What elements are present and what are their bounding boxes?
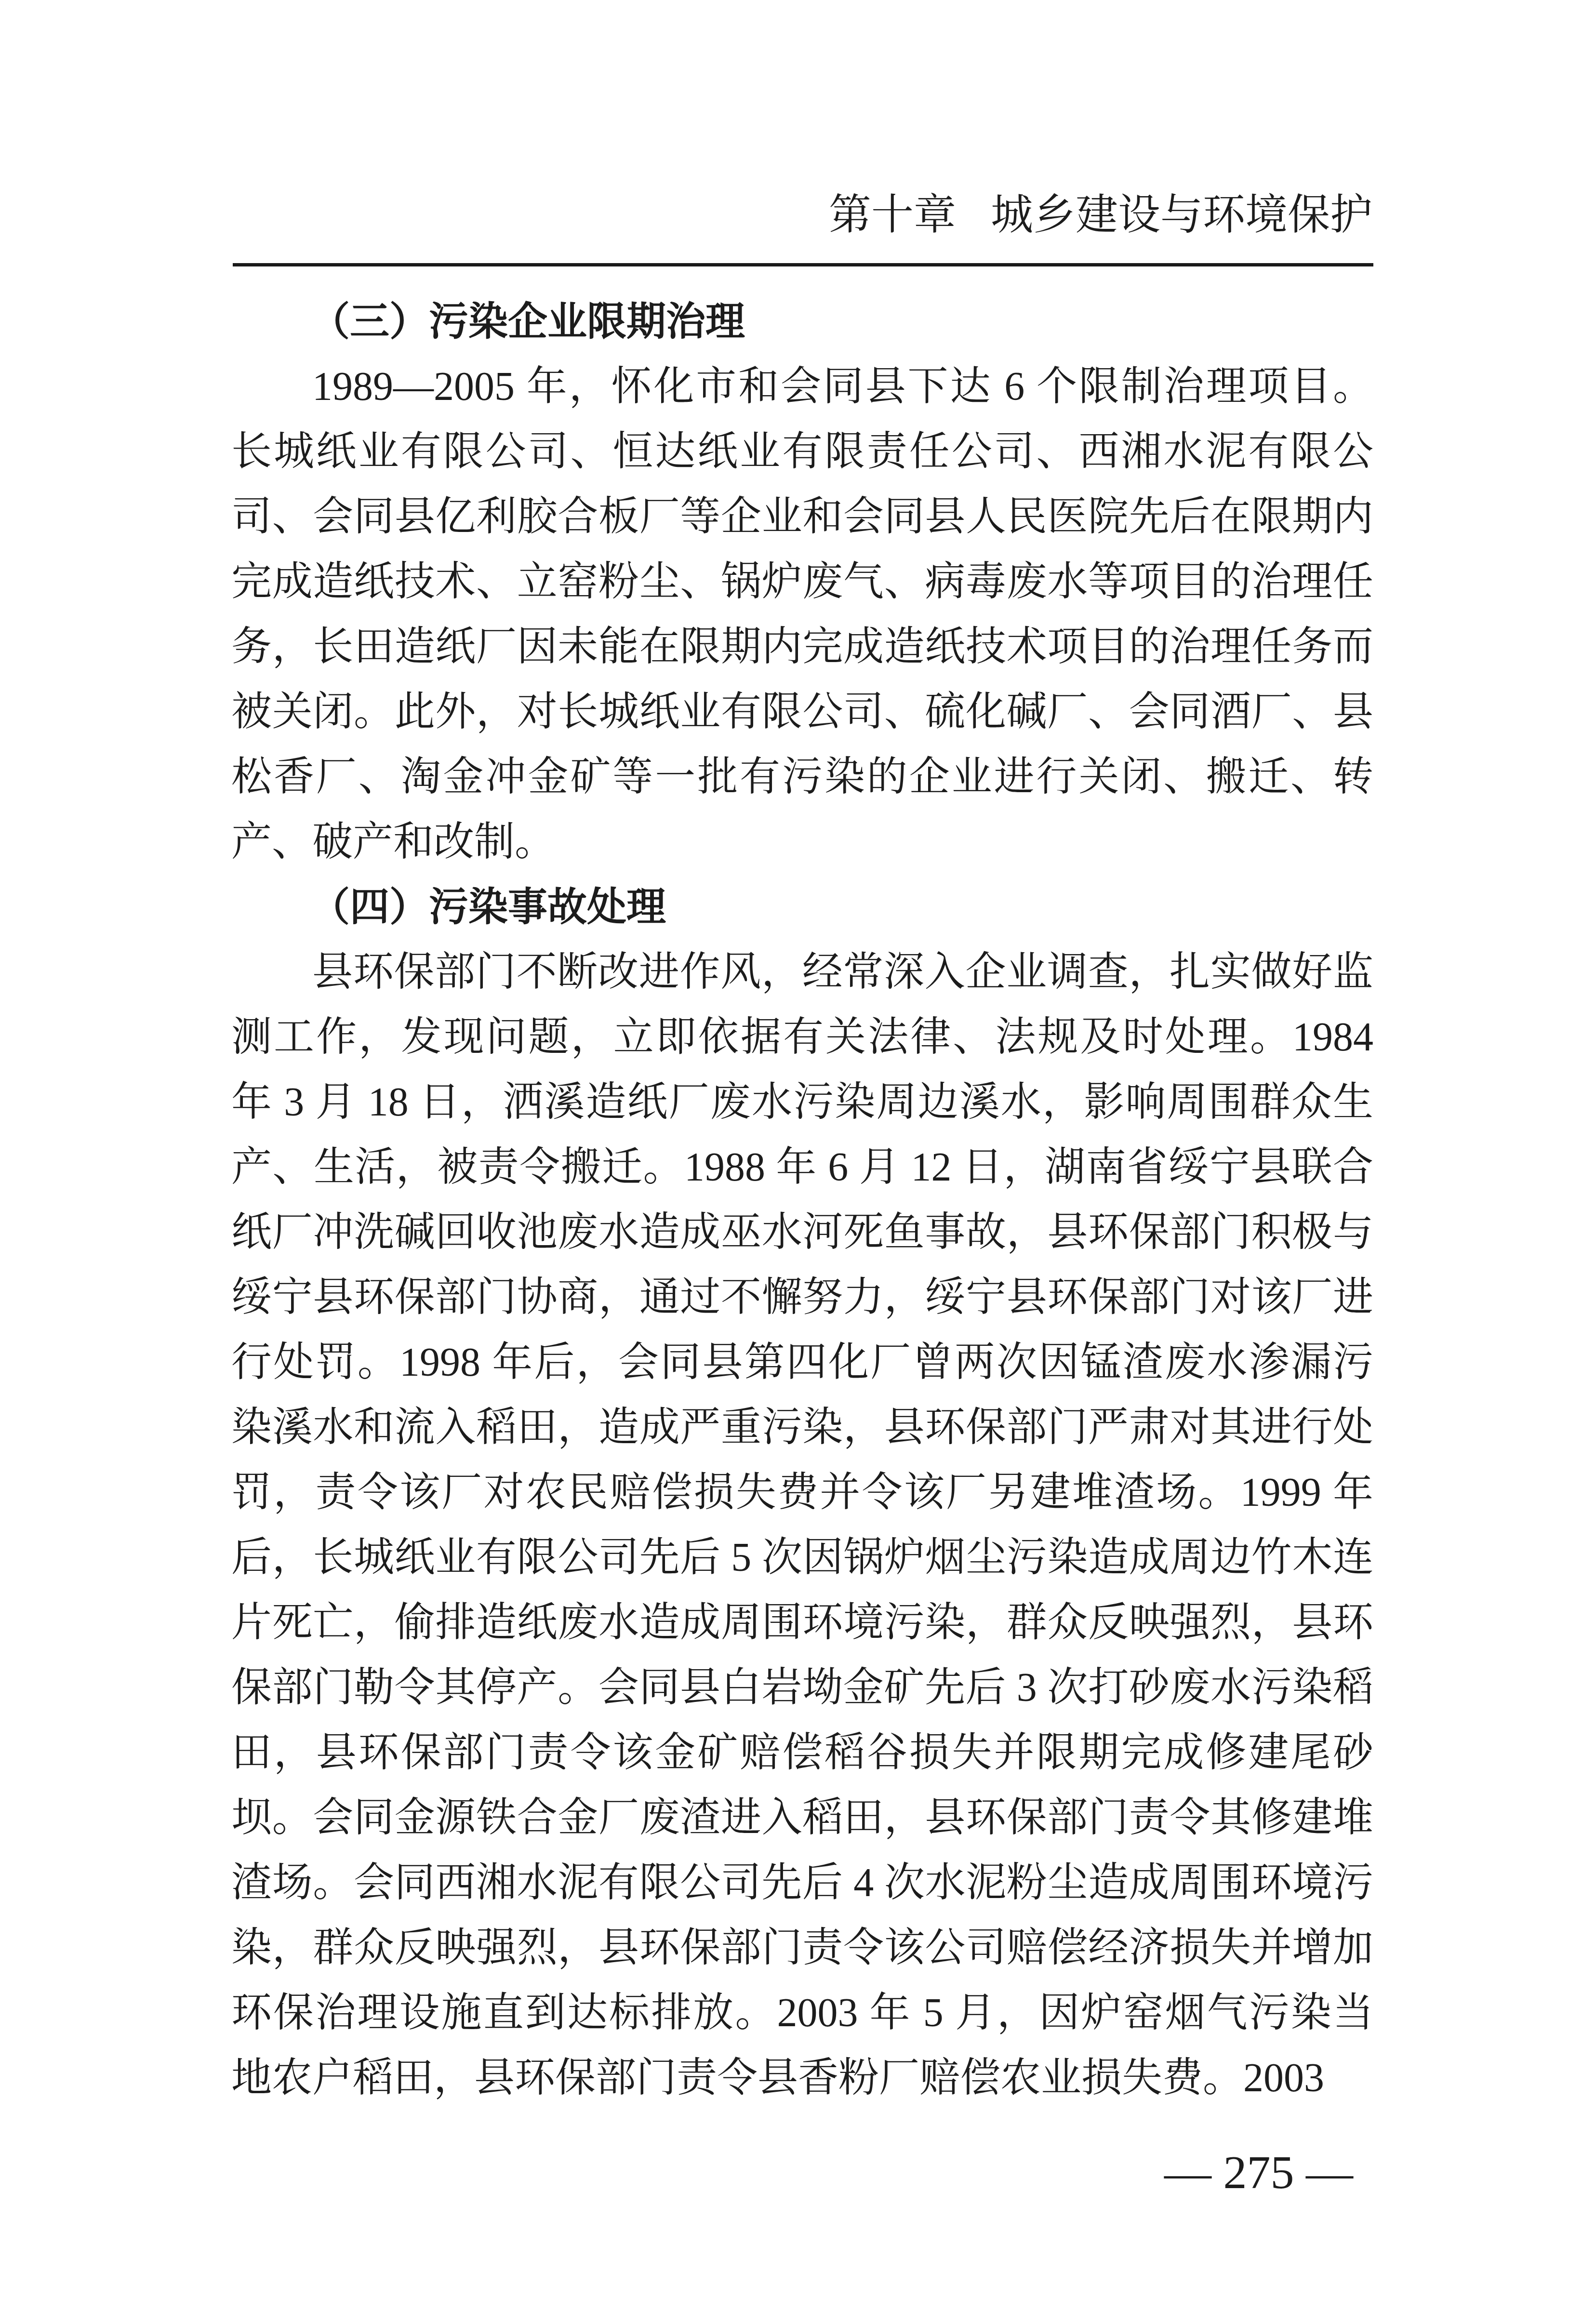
- text-line: 务，长田造纸厂因未能在限期内完成造纸技术项目的治理任务而: [231, 614, 1373, 679]
- text-line-content: 后，长城纸业有限公司先后 5 次因锅炉烟尘污染造成周边竹木连: [231, 1535, 1373, 1580]
- text-line-content: 年 3 月 18 日，洒溪造纸厂废水污染周边溪水，影响周围群众生: [231, 1080, 1373, 1125]
- text-line: 渣场。会同西湘水泥有限公司先后 4 次水泥粉尘造成周围环境污: [231, 1850, 1373, 1915]
- text-line-content: 环保治理设施直到达标排放。2003 年 5 月，因炉窑烟气污染当: [231, 1991, 1373, 2035]
- header-rule: [233, 263, 1373, 266]
- section-heading-text: （四）污染事故处理: [310, 885, 666, 929]
- text-line: 年 3 月 18 日，洒溪造纸厂废水污染周边溪水，影响周围群众生: [231, 1070, 1373, 1135]
- text-line-content: 松香厂、淘金冲金矿等一批有污染的企业进行关闭、搬迁、转: [231, 755, 1373, 799]
- text-line: 坝。会同金源铁合金厂废渣进入稻田，县环保部门责令其修建堆: [231, 1785, 1373, 1850]
- section-heading: （三）污染企业限期治理: [231, 289, 1373, 354]
- text-line-content: 司、会同县亿利胶合板厂等企业和会同县人民医院先后在限期内: [231, 494, 1373, 539]
- chapter-label: 第十章: [829, 189, 956, 242]
- text-line: 1989—2005 年，怀化市和会同县下达 6 个限制治理项目。: [231, 354, 1373, 419]
- text-line-content: 地农户稻田，县环保部门责令县香粉厂赔偿农业损失费。2003: [231, 2056, 1324, 2100]
- text-line-content: 测工作，发现问题，立即依据有关法律、法规及时处理。1984: [231, 1015, 1373, 1060]
- text-line-content: 产、生活，被责令搬迁。1988 年 6 月 12 日，湖南省绥宁县联合: [231, 1145, 1373, 1190]
- text-line: 罚，责令该厂对农民赔偿损失费并令该厂另建堆渣场。1999 年: [231, 1460, 1373, 1525]
- page-body: （三）污染企业限期治理1989—2005 年，怀化市和会同县下达 6 个限制治理…: [231, 289, 1373, 2111]
- page-number: — 275 —: [1164, 2147, 1353, 2199]
- text-line: 后，长城纸业有限公司先后 5 次因锅炉烟尘污染造成周边竹木连: [231, 1525, 1373, 1590]
- chapter-title: 城乡建设与环境保护: [991, 189, 1372, 242]
- text-line: 染，群众反映强烈，县环保部门责令该公司赔偿经济损失并增加: [231, 1915, 1373, 1980]
- text-line: 完成造纸技术、立窑粉尘、锅炉废气、病毒废水等项目的治理任: [231, 549, 1373, 614]
- text-line-content: 被关闭。此外，对长城纸业有限公司、硫化碱厂、会同酒厂、县: [231, 690, 1373, 734]
- text-line: 环保治理设施直到达标排放。2003 年 5 月，因炉窑烟气污染当: [231, 1980, 1373, 2045]
- text-line-content: 坝。会同金源铁合金厂废渣进入稻田，县环保部门责令其修建堆: [231, 1795, 1373, 1840]
- text-line-content: 保部门勒令其停产。会同县白岩坳金矿先后 3 次打砂废水污染稻: [231, 1665, 1373, 1710]
- text-line: 松香厂、淘金冲金矿等一批有污染的企业进行关闭、搬迁、转: [231, 744, 1373, 810]
- text-line: 染溪水和流入稻田，造成严重污染，县环保部门严肃对其进行处: [231, 1395, 1373, 1460]
- text-line: 地农户稻田，县环保部门责令县香粉厂赔偿农业损失费。2003: [231, 2045, 1373, 2111]
- text-line: 绥宁县环保部门协商，通过不懈努力，绥宁县环保部门对该厂进: [231, 1265, 1373, 1330]
- section-heading-text: （三）污染企业限期治理: [310, 300, 745, 344]
- text-line-content: 染，群众反映强烈，县环保部门责令该公司赔偿经济损失并增加: [231, 1926, 1373, 1970]
- text-line: 田，县环保部门责令该金矿赔偿稻谷损失并限期完成修建尾砂: [231, 1720, 1373, 1785]
- text-line: 片死亡，偷排造纸废水造成周围环境污染，群众反映强烈，县环: [231, 1590, 1373, 1655]
- text-line: 行处罚。1998 年后，会同县第四化厂曾两次因锰渣废水渗漏污: [231, 1330, 1373, 1395]
- text-line-content: 1989—2005 年，怀化市和会同县下达 6 个限制治理项目。: [312, 364, 1373, 409]
- text-line: 测工作，发现问题，立即依据有关法律、法规及时处理。1984: [231, 1005, 1373, 1070]
- text-line-content: 绥宁县环保部门协商，通过不懈努力，绥宁县环保部门对该厂进: [231, 1275, 1373, 1320]
- text-line-content: 染溪水和流入稻田，造成严重污染，县环保部门严肃对其进行处: [231, 1405, 1373, 1450]
- text-line-content: 县环保部门不断改进作风，经常深入企业调查，扎实做好监: [312, 950, 1373, 995]
- text-line: 长城纸业有限公司、恒达纸业有限责任公司、西湘水泥有限公: [231, 419, 1373, 484]
- text-line-content: 渣场。会同西湘水泥有限公司先后 4 次水泥粉尘造成周围环境污: [231, 1860, 1373, 1905]
- text-line-content: 产、破产和改制。: [231, 820, 555, 864]
- text-line-content: 完成造纸技术、立窑粉尘、锅炉废气、病毒废水等项目的治理任: [231, 559, 1373, 604]
- text-line: 产、破产和改制。: [231, 810, 1373, 875]
- page-footer: — 275 —: [231, 2140, 1373, 2205]
- text-line-content: 片死亡，偷排造纸废水造成周围环境污染，群众反映强烈，县环: [231, 1600, 1373, 1645]
- text-line: 县环保部门不断改进作风，经常深入企业调查，扎实做好监: [231, 940, 1373, 1005]
- text-line: 纸厂冲洗碱回收池废水造成巫水河死鱼事故，县环保部门积极与: [231, 1200, 1373, 1265]
- text-line-content: 长城纸业有限公司、恒达纸业有限责任公司、西湘水泥有限公: [231, 429, 1373, 474]
- text-line-content: 罚，责令该厂对农民赔偿损失费并令该厂另建堆渣场。1999 年: [231, 1470, 1373, 1515]
- text-line-content: 纸厂冲洗碱回收池废水造成巫水河死鱼事故，县环保部门积极与: [231, 1210, 1373, 1255]
- text-line: 产、生活，被责令搬迁。1988 年 6 月 12 日，湖南省绥宁县联合: [231, 1135, 1373, 1200]
- book-page: 第十章 城乡建设与环境保护 （三）污染企业限期治理1989—2005 年，怀化市…: [0, 0, 1569, 2324]
- text-line: 保部门勒令其停产。会同县白岩坳金矿先后 3 次打砂废水污染稻: [231, 1655, 1373, 1720]
- section-heading: （四）污染事故处理: [231, 875, 1373, 940]
- text-line: 司、会同县亿利胶合板厂等企业和会同县人民医院先后在限期内: [231, 484, 1373, 549]
- page-header: 第十章 城乡建设与环境保护: [829, 189, 1372, 242]
- text-line: 被关闭。此外，对长城纸业有限公司、硫化碱厂、会同酒厂、县: [231, 679, 1373, 744]
- text-line-content: 田，县环保部门责令该金矿赔偿稻谷损失并限期完成修建尾砂: [231, 1730, 1373, 1775]
- text-line-content: 行处罚。1998 年后，会同县第四化厂曾两次因锰渣废水渗漏污: [231, 1340, 1373, 1385]
- text-line-content: 务，长田造纸厂因未能在限期内完成造纸技术项目的治理任务而: [231, 624, 1373, 669]
